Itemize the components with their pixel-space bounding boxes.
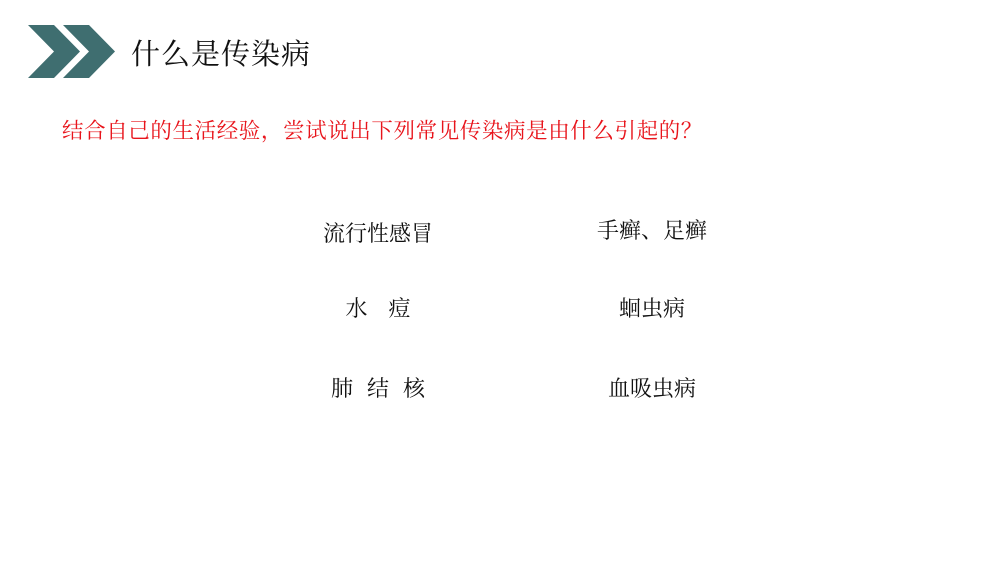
slide-title: 什么是传染病 [131,36,311,72]
disease-tinea: 手癣、足癣 [597,218,707,246]
disease-ascariasis: 蛔虫病 [619,296,685,324]
disease-chickenpox: 水 痘 [346,296,411,324]
disease-tuberculosis: 肺 结 核 [331,376,425,404]
disease-schistosomiasis: 血吸虫病 [608,376,696,404]
question-prompt: 结合自己的生活经验，尝试说出下列常见传染病是由什么引起的？ [62,117,703,147]
disease-influenza: 流行性感冒 [323,221,433,249]
double-chevron-right-icon [28,25,116,78]
